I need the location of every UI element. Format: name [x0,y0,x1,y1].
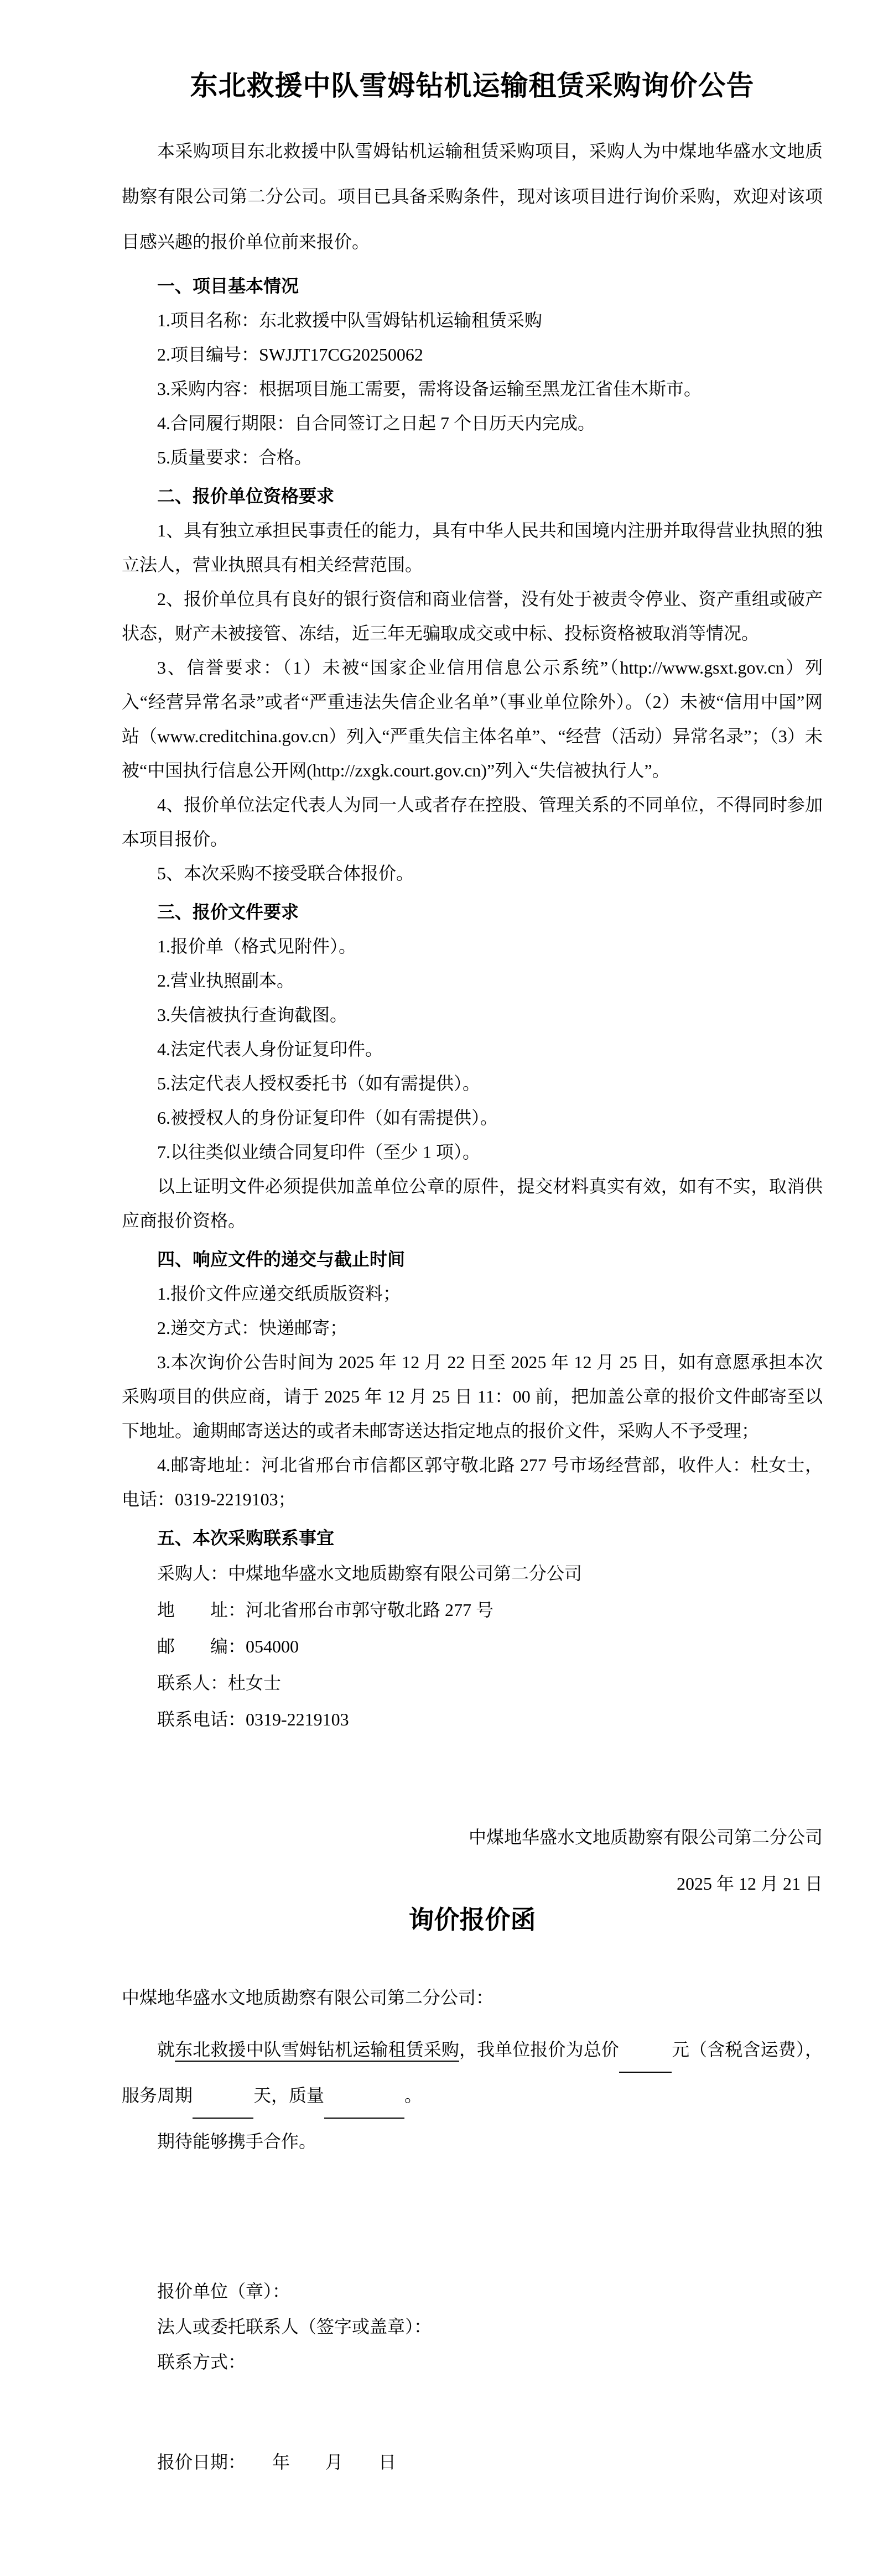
contact-line-phone: 联系电话：0319-2219103 [122,1701,823,1738]
quote-date-line: 报价日期： 年 月 日 [122,2445,823,2479]
section-project-info: 一、项目基本情况 1.项目名称：东北救援中队雪姆钻机运输租赁采购 2.项目编号：… [122,269,823,474]
list-item: 2.项目编号：SWJJT17CG20250062 [122,337,823,372]
list-item: 3.失信被执行查询截图。 [122,998,823,1032]
section-bidder-qualifications: 二、报价单位资格要求 1、具有独立承担民事责任的能力，具有中华人民共和国境内注册… [122,479,823,890]
list-item: 5.质量要求：合格。 [122,440,823,474]
announcement-title: 东北救援中队雪姆钻机运输租赁采购询价公告 [122,66,823,105]
list-item: 3.本次询价公告时间为 2025 年 12 月 22 日至 2025 年 12 … [122,1345,823,1448]
blank-total-price [619,2054,672,2073]
signoff-date: 2025 年 12 月 21 日 [122,1866,823,1901]
section-heading: 四、响应文件的递交与截止时间 [122,1242,823,1276]
contact-line-purchaser: 采购人：中煤地华盛水文地质勘察有限公司第二分公司 [122,1555,823,1592]
list-item: 5.法定代表人授权委托书（如有需提供）。 [122,1066,823,1101]
list-item: 4.法定代表人身份证复印件。 [122,1032,823,1066]
letter-closing: 期待能够携手合作。 [122,2119,823,2165]
list-item: 7.以往类似业绩合同复印件（至少 1 项）。 [122,1135,823,1169]
list-item: 2、报价单位具有良好的银行资信和商业信誉，没有处于被责令停业、资产重组或破产状态… [122,582,823,650]
quotation-letter: 询价报价函 中煤地华盛水文地质勘察有限公司第二分公司： 就东北救援中队雪姆钻机运… [122,1901,823,2479]
letter-body-period: 。 [404,2085,422,2105]
blank-service-days [193,2100,253,2119]
section-quotation-document-requirements: 三、报价文件要求 1.报价单（格式见附件）。 2.营业执照副本。 3.失信被执行… [122,895,823,1238]
list-item: 2.营业执照副本。 [122,963,823,998]
project-name-underlined: 东北救援中队雪姆钻机运输租赁采购 [175,2040,459,2059]
list-item: 3、信誉要求：（1）未被“国家企业信用信息公示系统”（http://www.gs… [122,650,823,788]
letter-body-mid: ，我单位报价为总价 [459,2040,619,2059]
field-contact-method: 联系方式： [122,2344,823,2380]
list-item: 2.递交方式：快递邮寄； [122,1311,823,1345]
list-item: 1.项目名称：东北救援中队雪姆钻机运输租赁采购 [122,303,823,337]
list-item: 3.采购内容：根据项目施工需要，需将设备运输至黑龙江省佳木斯市。 [122,372,823,406]
field-legal-rep-signature: 法人或委托联系人（签字或盖章）： [122,2309,823,2344]
letter-signature-fields: 报价单位（章）： 法人或委托联系人（签字或盖章）： 联系方式： [122,2273,823,2380]
section-heading: 一、项目基本情况 [122,269,823,303]
list-item: 5、本次采购不接受联合体报价。 [122,856,823,890]
announcement-intro: 本采购项目东北救援中队雪姆钻机运输租赁采购项目，采购人为中煤地华盛水文地质勘察有… [122,128,823,264]
letter-title: 询价报价函 [122,1901,823,1939]
list-item: 4.合同履行期限：自合同签订之日起 7 个日历天内完成。 [122,406,823,440]
list-item: 4、报价单位法定代表人为同一人或者存在控股、管理关系的不同单位，不得同时参加本项… [122,788,823,856]
signoff-company: 中煤地华盛水文地质勘察有限公司第二分公司 [122,1820,823,1854]
list-item: 4.邮寄地址：河北省邢台市信都区郭守敬北路 277 号市场经营部，收件人：杜女士… [122,1448,823,1516]
contact-line-person: 联系人：杜女士 [122,1665,823,1701]
section-heading: 五、本次采购联系事宜 [122,1521,823,1555]
section-submission-deadline: 四、响应文件的递交与截止时间 1.报价文件应递交纸质版资料； 2.递交方式：快递… [122,1242,823,1516]
list-item: 6.被授权人的身份证复印件（如有需提供）。 [122,1101,823,1135]
document-page: 东北救援中队雪姆钻机运输租赁采购询价公告 本采购项目东北救援中队雪姆钻机运输租赁… [0,0,878,2576]
letter-salutation: 中煤地华盛水文地质勘察有限公司第二分公司： [122,1980,823,2015]
section-contact-info: 五、本次采购联系事宜 采购人：中煤地华盛水文地质勘察有限公司第二分公司 地 址：… [122,1521,823,1738]
contact-line-postcode: 邮 编：054000 [122,1628,823,1665]
blank-quality [324,2100,404,2119]
list-item: 1.报价单（格式见附件）。 [122,929,823,963]
section-heading: 二、报价单位资格要求 [122,479,823,513]
field-quote-unit-seal: 报价单位（章）： [122,2273,823,2309]
letter-body-after-days: 天，质量 [253,2085,324,2105]
section-heading: 三、报价文件要求 [122,895,823,929]
contact-line-address: 地 址：河北省邢台市郭守敬北路 277 号 [122,1592,823,1628]
letter-body-line: 就东北救援中队雪姆钻机运输租赁采购，我单位报价为总价元（含税含运费），服务周期天… [122,2027,823,2119]
list-item: 1.报价文件应递交纸质版资料； [122,1276,823,1311]
letter-body-prefix: 就 [157,2040,175,2059]
list-item: 以上证明文件必须提供加盖单位公章的原件，提交材料真实有效，如有不实，取消供应商报… [122,1169,823,1238]
list-item: 1、具有独立承担民事责任的能力，具有中华人民共和国境内注册并取得营业执照的独立法… [122,513,823,582]
